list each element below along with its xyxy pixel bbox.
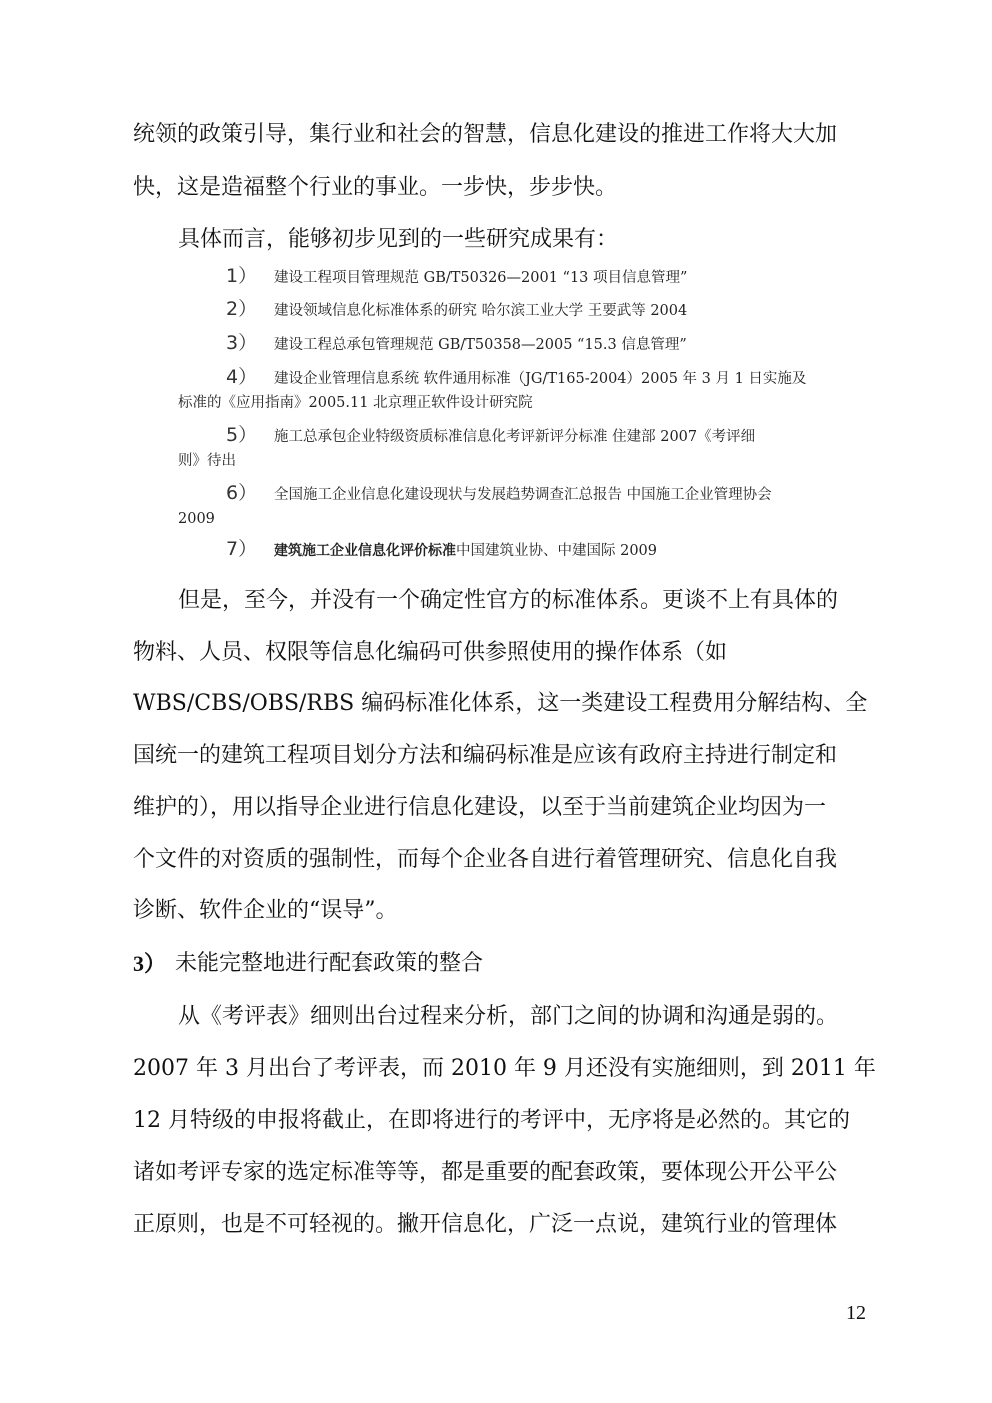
list-text: 建设工程项目管理规范 GB/T50326—2001 “13 项目信息管理” xyxy=(274,268,687,288)
list-text-continued: 标准的《应用指南》2005.11 北京理正软件设计研究院 xyxy=(178,393,533,413)
list-text-continued: 2009 xyxy=(178,509,215,529)
list-text: 中国建筑业协、中建国际 2009 xyxy=(456,543,657,559)
list-text: 建设领域信息化标准体系的研究 哈尔滨工业大学 王要武等 2004 xyxy=(274,301,687,321)
section-title: 未能完整地进行配套政策的整合 xyxy=(175,951,483,977)
paragraph-line: 快，这是造福整个行业的事业。一步快，步步快。 xyxy=(133,175,617,201)
list-number: 2） xyxy=(226,299,257,319)
list-number: 6） xyxy=(226,483,257,503)
paragraph-line: 从《考评表》细则出台过程来分析，部门之间的协调和沟通是弱的。 xyxy=(178,1004,838,1030)
list-number: 3） xyxy=(226,333,257,353)
paragraph-line: 但是，至今，并没有一个确定性官方的标准体系。更谈不上有具体的 xyxy=(178,588,838,614)
list-text-wrapper: 建筑施工企业信息化评价标准中国建筑业协、中建国际 2009 xyxy=(274,541,657,561)
list-number: 7） xyxy=(226,539,257,559)
paragraph-line: 维护的），用以指导企业进行信息化建设，以至于当前建筑企业均因为一 xyxy=(133,795,826,821)
paragraph-line: WBS/CBS/OBS/RBS 编码标准化体系，这一类建设工程费用分解结构、全 xyxy=(133,691,867,717)
paragraph-line: 2007 年 3 月出台了考评表，而 2010 年 9 月还没有实施细则，到 2… xyxy=(133,1056,876,1082)
paragraph-line: 个文件的对资质的强制性，而每个企业各自进行着管理研究、信息化自我 xyxy=(133,847,837,873)
paragraph-line: 正原则，也是不可轻视的。撇开信息化，广泛一点说，建筑行业的管理体 xyxy=(133,1212,837,1238)
paragraph-line: 12 月特级的申报将截止，在即将进行的考评中，无序将是必然的。其它的 xyxy=(133,1108,850,1134)
list-text: 建设企业管理信息系统 软件通用标准（JG/T165-2004）2005 年 3 … xyxy=(274,369,806,389)
list-text: 全国施工企业信息化建设现状与发展趋势调查汇总报告 中国施工企业管理协会 xyxy=(274,485,772,505)
paragraph-line: 诊断、软件企业的“误导”。 xyxy=(133,898,398,924)
paragraph-line: 诸如考评专家的选定标准等等，都是重要的配套政策，要体现公开公平公 xyxy=(133,1160,837,1186)
section-number: 3） xyxy=(133,951,166,976)
paragraph-line: 统领的政策引导，集行业和社会的智慧，信息化建设的推进工作将大大加 xyxy=(133,122,837,148)
list-number: 4） xyxy=(226,367,257,387)
list-text-continued: 则》待出 xyxy=(178,451,236,471)
section-heading: 3） 未能完整地进行配套政策的整合 xyxy=(133,951,166,978)
list-text: 施工总承包企业特级资质标准信息化考评新评分标准 住建部 2007《考评细 xyxy=(274,427,755,447)
list-intro: 具体而言，能够初步见到的一些研究成果有： xyxy=(178,227,618,253)
list-text: 建设工程总承包管理规范 GB/T50358—2005 “15.3 信息管理” xyxy=(274,335,687,355)
list-number: 5） xyxy=(226,425,257,445)
paragraph-line: 物料、人员、权限等信息化编码可供参照使用的操作体系（如 xyxy=(133,640,727,666)
list-number: 1） xyxy=(226,266,257,286)
paragraph-line: 国统一的建筑工程项目划分方法和编码标准是应该有政府主持进行制定和 xyxy=(133,743,837,769)
list-text-bold: 建筑施工企业信息化评价标准 xyxy=(274,543,456,559)
page-number: 12 xyxy=(846,1302,866,1325)
